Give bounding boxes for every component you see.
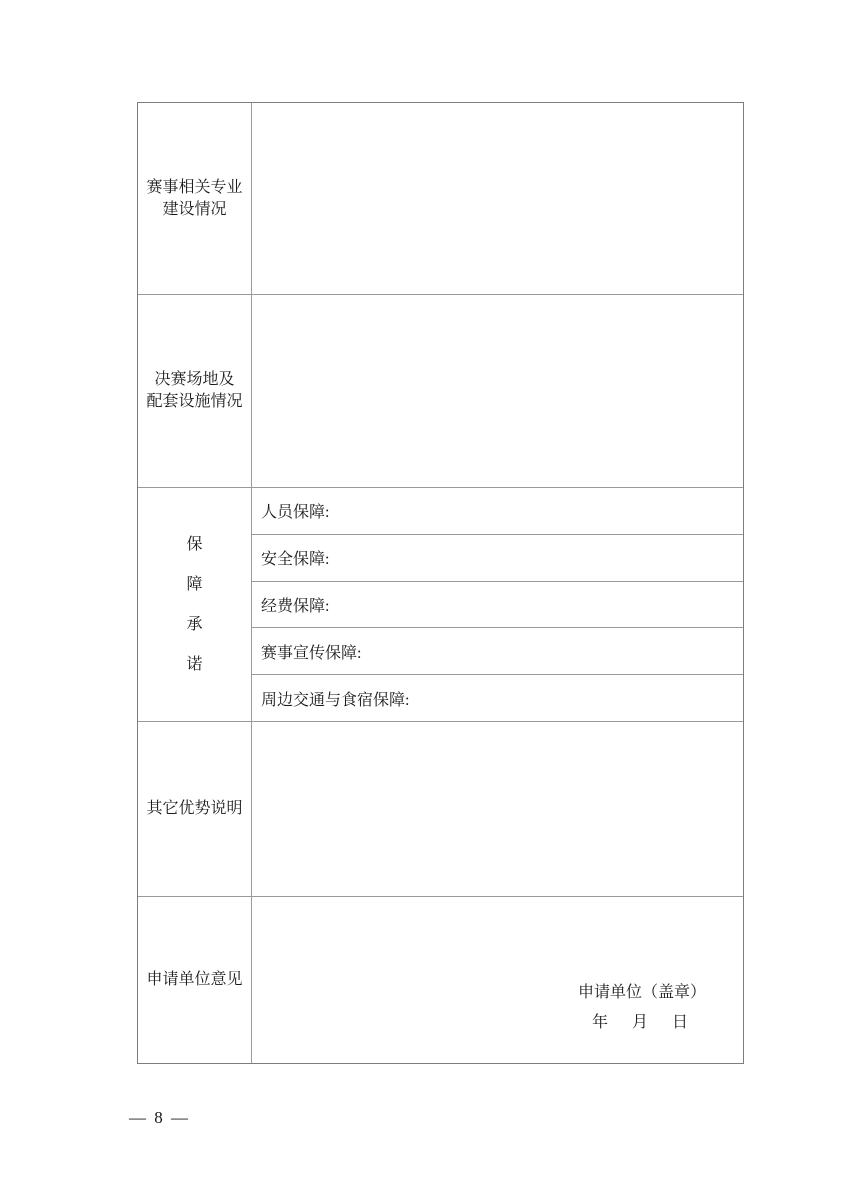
guarantee-item-publicity: 赛事宣传保障: [252,628,743,675]
major-construction-blank-area [252,103,743,294]
guarantee-item-safety: 安全保障: [252,535,743,582]
guarantee-item-personnel-label: 人员保障: [261,499,329,522]
guarantee-label-char-4: 诺 [186,657,202,673]
guarantee-item-transport-lodging-label: 周边交通与食宿保障: [261,687,409,710]
guarantee-commitment-label: 保 障 承 诺 [138,488,252,721]
guarantee-label-char-2: 障 [186,577,202,593]
guarantee-item-transport-lodging: 周边交通与食宿保障: [252,675,743,721]
venue-facilities-label-line2: 配套设施情况 [146,391,242,413]
major-construction-label: 赛事相关专业 建设情况 [138,103,252,294]
row-guarantee-commitment: 保 障 承 诺 人员保障: 安全保障: 经费保障: 赛事 [138,488,743,722]
applicant-opinion-label-cell: 申请单位意见 [138,897,252,1063]
document-page: 赛事相关专业 建设情况 决赛场地及 配套设施情况 保 障 承 诺 [0,0,848,1200]
other-advantages-label-cell: 其它优势说明 [138,722,252,896]
guarantee-item-funding: 经费保障: [252,582,743,629]
signature-line: 申请单位（盖章） [578,985,706,1001]
applicant-opinion-content-area: 申请单位（盖章） 年 月 日 [252,897,743,1063]
row-major-construction: 赛事相关专业 建设情况 [138,103,743,295]
row-applicant-opinion: 申请单位意见 申请单位（盖章） 年 月 日 [138,897,743,1063]
guarantee-sub-rows: 人员保障: 安全保障: 经费保障: 赛事宣传保障: 周边交通与食宿保障: [252,488,743,721]
row-other-advantages: 其它优势说明 [138,722,743,897]
other-advantages-blank-area [252,722,743,896]
guarantee-item-safety-label: 安全保障: [261,546,329,569]
major-construction-label-line1: 赛事相关专业 [146,177,242,199]
applicant-opinion-label: 申请单位意见 [146,969,242,991]
major-construction-label-line2: 建设情况 [162,199,226,221]
venue-facilities-label: 决赛场地及 配套设施情况 [138,295,252,487]
guarantee-item-personnel: 人员保障: [252,488,743,535]
venue-facilities-blank-area [252,295,743,487]
page-number: — 8 — [129,1108,190,1128]
guarantee-label-char-3: 承 [186,617,202,633]
date-line: 年 月 日 [592,1015,692,1031]
applicant-opinion-signature-block: 申请单位（盖章） 年 月 日 [252,897,743,1031]
guarantee-item-publicity-label: 赛事宣传保障: [261,640,361,663]
venue-facilities-label-line1: 决赛场地及 [154,369,234,391]
guarantee-item-funding-label: 经费保障: [261,593,329,616]
row-venue-facilities: 决赛场地及 配套设施情况 [138,295,743,488]
other-advantages-label: 其它优势说明 [146,798,242,820]
application-form-table: 赛事相关专业 建设情况 决赛场地及 配套设施情况 保 障 承 诺 [137,102,744,1064]
guarantee-sub-rows-list: 人员保障: 安全保障: 经费保障: 赛事宣传保障: 周边交通与食宿保障: [252,488,743,721]
guarantee-label-char-1: 保 [186,537,202,553]
